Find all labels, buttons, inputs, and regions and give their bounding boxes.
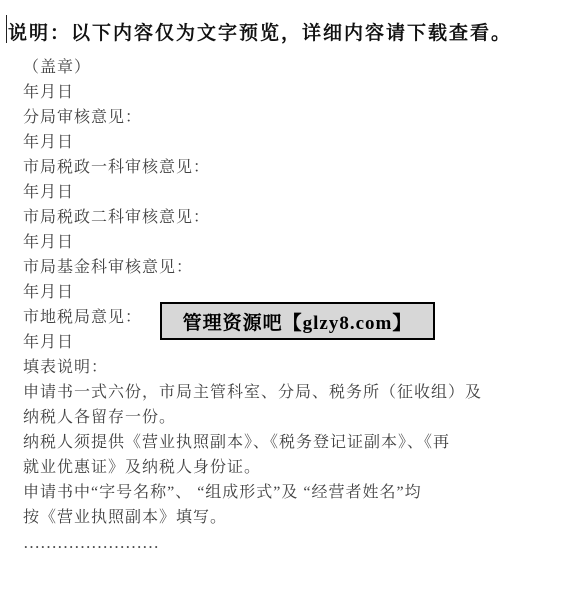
doc-line-date: 年月日	[23, 130, 568, 155]
doc-line-instruction-1b: 纳税人各留存一份。	[23, 405, 568, 430]
preview-notice: 说明：以下内容仅为文字预览，详细内容请下载查看。	[8, 18, 512, 45]
doc-line-branch-review: 分局审核意见：	[23, 105, 568, 130]
doc-line-instruction-1a: 申请书一式六份，市局主管科室、分局、税务所（征收组）及	[23, 380, 568, 405]
doc-line-instruction-3b: 按《营业执照副本》填写。	[23, 505, 568, 530]
document-preview-page: 说明：以下内容仅为文字预览，详细内容请下载查看。 （盖章） 年月日 分局审核意见…	[0, 0, 578, 600]
doc-line-fund-review: 市局基金科审核意见：	[23, 255, 568, 280]
watermark-badge: 管理资源吧【glzy8.com】	[160, 302, 435, 340]
doc-line-date: 年月日	[23, 80, 568, 105]
doc-line-tax-sec1-review: 市局税政一科审核意见：	[23, 155, 568, 180]
doc-line-instruction-3a: 申请书中“字号名称”、 “组成形式”及 “经营者姓名”均	[23, 480, 568, 505]
doc-line-instruction-2a: 纳税人须提供《营业执照副本》、《税务登记证副本》、《再	[23, 430, 568, 455]
doc-line-date: 年月日	[23, 180, 568, 205]
doc-line-ellipsis: ……………………	[23, 530, 568, 555]
text-cursor	[6, 15, 7, 43]
doc-line-seal: （盖章）	[23, 55, 568, 80]
doc-line-date: 年月日	[23, 230, 568, 255]
doc-line-instruction-2b: 就业优惠证》及纳税人身份证。	[23, 455, 568, 480]
doc-line-fill-instructions-title: 填表说明：	[23, 355, 568, 380]
doc-line-tax-sec2-review: 市局税政二科审核意见：	[23, 205, 568, 230]
